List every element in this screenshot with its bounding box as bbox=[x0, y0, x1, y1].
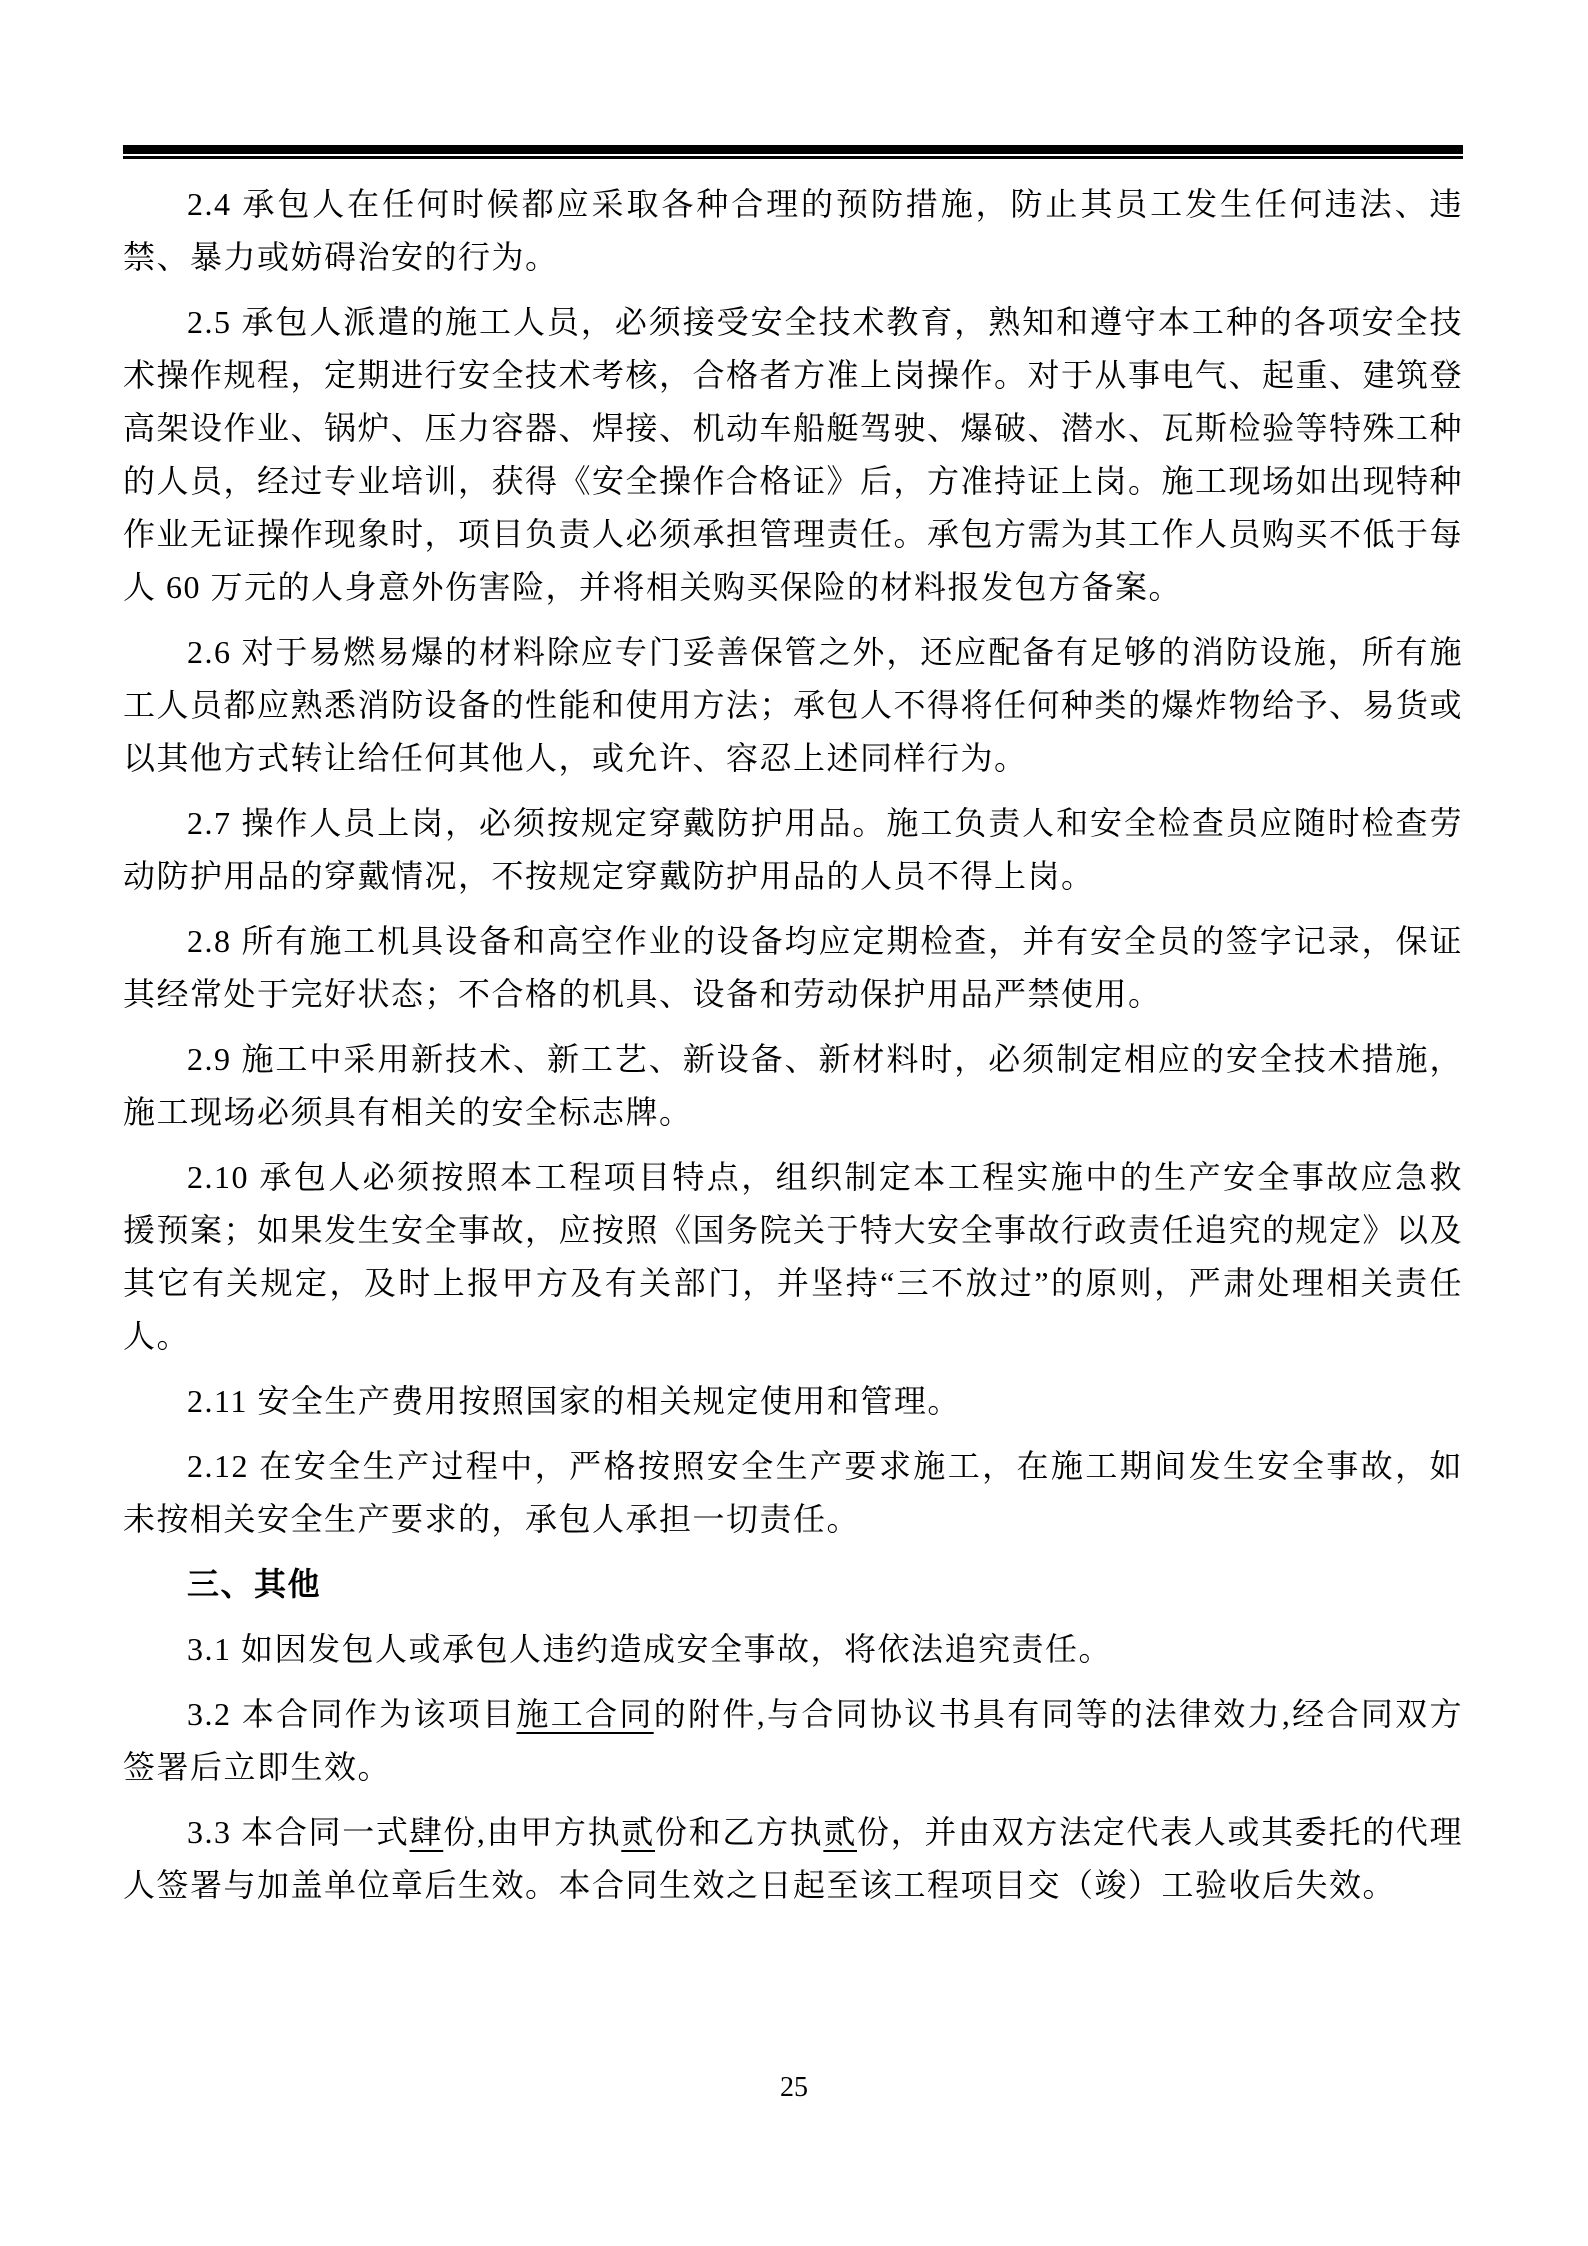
underlined-text: 施工合同 bbox=[516, 1696, 653, 1732]
clause-2-9: 2.9 施工中采用新技术、新工艺、新设备、新材料时，必须制定相应的安全技术措施，… bbox=[123, 1033, 1463, 1139]
text-run: 3.2 本合同作为该项目 bbox=[187, 1696, 516, 1732]
text-run: 2.10 承包人必须按照本工程项目特点，组织制定本工程实施中的生产安全事故应急救… bbox=[123, 1159, 1463, 1354]
text-run: 2.7 操作人员上岗，必须按规定穿戴防护用品。施工负责人和安全检查员应随时检查劳… bbox=[123, 805, 1463, 894]
text-run: 2.8 所有施工机具设备和高空作业的设备均应定期检查，并有安全员的签字记录，保证… bbox=[123, 923, 1463, 1012]
document-body: 2.4 承包人在任何时候都应采取各种合理的预防措施，防止其员工发生任何违法、违禁… bbox=[123, 178, 1463, 1924]
text-run: 2.6 对于易燃易爆的材料除应专门妥善保管之外，还应配备有足够的消防设施，所有施… bbox=[123, 634, 1463, 776]
clause-3-3: 3.3 本合同一式肆份,由甲方执贰份和乙方执贰份，并由双方法定代表人或其委托的代… bbox=[123, 1806, 1463, 1912]
clause-2-4: 2.4 承包人在任何时候都应采取各种合理的预防措施，防止其员工发生任何违法、违禁… bbox=[123, 178, 1463, 284]
text-run: 2.11 安全生产费用按照国家的相关规定使用和管理。 bbox=[187, 1383, 961, 1419]
text-run: 三、其他 bbox=[187, 1566, 321, 1602]
text-run: 份,由甲方执 bbox=[443, 1814, 621, 1850]
text-run: 2.12 在安全生产过程中，严格按照安全生产要求施工，在施工期间发生安全事故，如… bbox=[123, 1448, 1463, 1537]
clause-2-10: 2.10 承包人必须按照本工程项目特点，组织制定本工程实施中的生产安全事故应急救… bbox=[123, 1151, 1463, 1363]
header-rule-thin-line bbox=[123, 156, 1463, 159]
clause-2-6: 2.6 对于易燃易爆的材料除应专门妥善保管之外，还应配备有足够的消防设施，所有施… bbox=[123, 626, 1463, 785]
clause-2-11: 2.11 安全生产费用按照国家的相关规定使用和管理。 bbox=[123, 1375, 1463, 1428]
clause-2-8: 2.8 所有施工机具设备和高空作业的设备均应定期检查，并有安全员的签字记录，保证… bbox=[123, 915, 1463, 1021]
text-run: 2.5 承包人派遣的施工人员，必须接受安全技术教育，熟知和遵守本工种的各项安全技… bbox=[123, 304, 1463, 605]
clause-3-2: 3.2 本合同作为该项目施工合同的附件,与合同协议书具有同等的法律效力,经合同双… bbox=[123, 1688, 1463, 1794]
page-number: 25 bbox=[0, 2072, 1588, 2104]
text-run: 3.3 本合同一式 bbox=[187, 1814, 410, 1850]
text-run: 2.9 施工中采用新技术、新工艺、新设备、新材料时，必须制定相应的安全技术措施，… bbox=[123, 1041, 1463, 1130]
text-run: 份和乙方执 bbox=[655, 1814, 823, 1850]
document-page: 2.4 承包人在任何时候都应采取各种合理的预防措施，防止其员工发生任何违法、违禁… bbox=[0, 0, 1588, 2246]
underlined-text: 贰 bbox=[823, 1814, 857, 1850]
underlined-text: 肆 bbox=[410, 1814, 444, 1850]
clause-2-5: 2.5 承包人派遣的施工人员，必须接受安全技术教育，熟知和遵守本工种的各项安全技… bbox=[123, 296, 1463, 614]
clause-2-12: 2.12 在安全生产过程中，严格按照安全生产要求施工，在施工期间发生安全事故，如… bbox=[123, 1440, 1463, 1546]
text-run: 3.1 如因发包人或承包人违约造成安全事故，将依法追究责任。 bbox=[187, 1631, 1112, 1667]
header-rule bbox=[123, 145, 1463, 159]
clause-3-1: 3.1 如因发包人或承包人违约造成安全事故，将依法追究责任。 bbox=[123, 1623, 1463, 1676]
text-run: 2.4 承包人在任何时候都应采取各种合理的预防措施，防止其员工发生任何违法、违禁… bbox=[123, 186, 1463, 275]
clause-2-7: 2.7 操作人员上岗，必须按规定穿戴防护用品。施工负责人和安全检查员应随时检查劳… bbox=[123, 797, 1463, 903]
header-rule-thick-line bbox=[123, 145, 1463, 154]
underlined-text: 贰 bbox=[621, 1814, 655, 1850]
section-3-heading: 三、其他 bbox=[123, 1558, 1463, 1611]
